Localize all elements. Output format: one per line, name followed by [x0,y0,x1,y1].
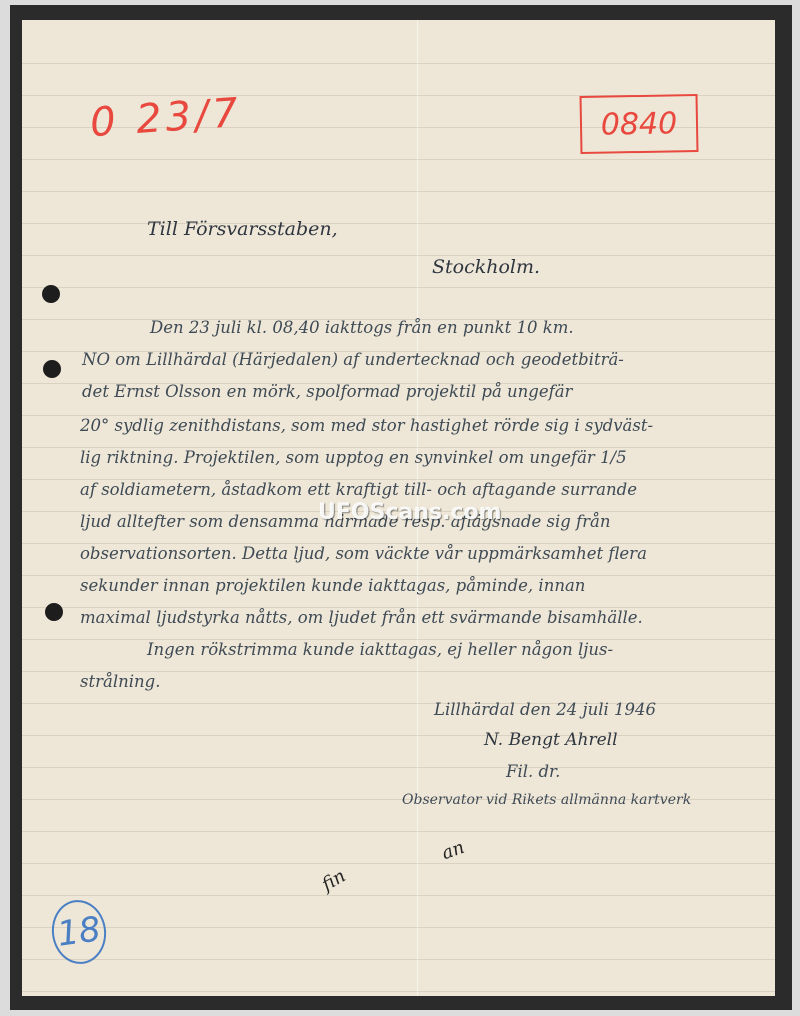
body-line: af soldiametern, åstadkom ett kraftigt t… [80,480,637,499]
body-line: lig riktning. Projektilen, som upptog en… [80,448,627,467]
body-line: observationsorten. Detta ljud, som väckt… [80,544,647,563]
signer-title: Fil. dr. [506,762,560,781]
punch-hole [42,285,60,303]
red-boxed-number: 0840 [580,94,699,154]
body-line: det Ernst Olsson en mörk, spolformad pro… [82,382,572,401]
place-date: Lillhärdal den 24 juli 1946 [434,700,656,719]
blue-page-number: 18 [48,897,110,968]
punch-hole [43,360,61,378]
body-line: sekunder innan projektilen kunde iakttag… [80,576,585,595]
body-line: maximal ljudstyrka nåtts, om ljudet från… [80,608,643,627]
signature: N. Bengt Ahrell [484,730,618,750]
body-line: NO om Lillhärdal (Härjedalen) af underte… [82,350,624,369]
city: Stockholm. [432,256,540,278]
stray-mark: an [439,837,467,864]
body-line: Ingen rökstrimma kunde iakttagas, ej hel… [147,640,613,659]
watermark: UFOScans.com [318,500,502,525]
stray-mark: fin [318,866,349,896]
signer-role: Observator vid Rikets allmänna kartverk [402,792,691,808]
body-line: strålning. [80,672,160,691]
body-line: 20° sydlig zenithdistans, som med stor h… [80,416,653,435]
body-line: Den 23 juli kl. 08,40 iakttogs från en p… [150,318,574,337]
punch-hole [45,603,63,621]
red-reference-mark: 0 23/7 [89,90,244,146]
salutation: Till Försvarsstaben, [147,218,338,240]
